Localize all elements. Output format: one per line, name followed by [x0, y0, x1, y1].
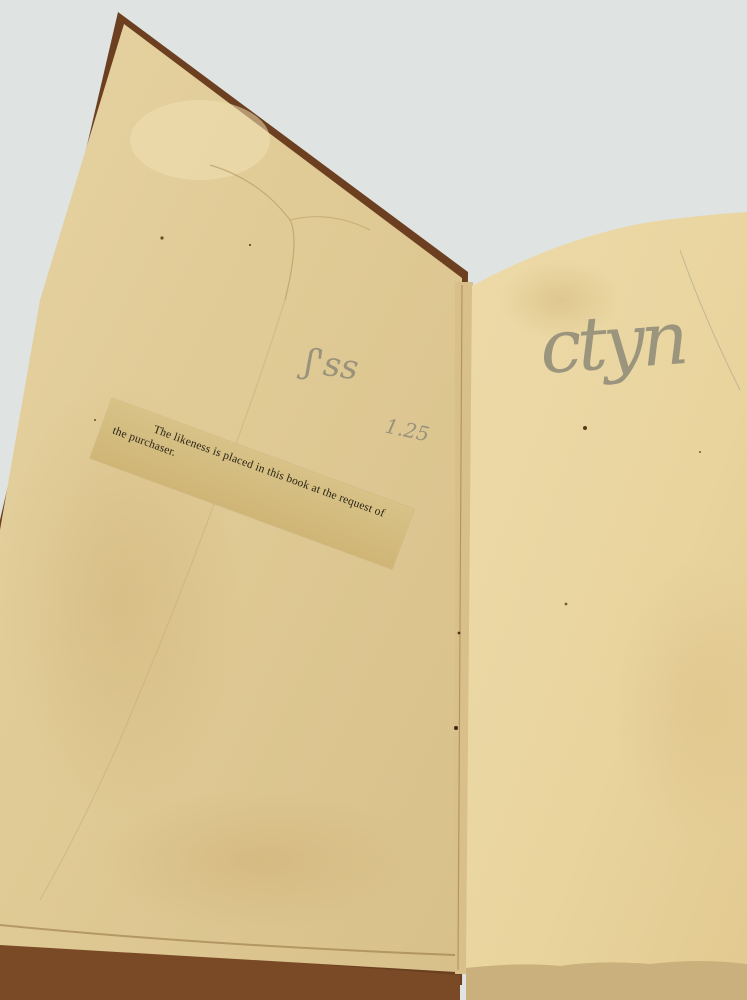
pencil-note-code: ʃ'ss [302, 341, 361, 388]
pencil-signature: ctyn [537, 295, 687, 391]
book-photo: The likeness is placed in this book at t… [0, 0, 747, 1000]
